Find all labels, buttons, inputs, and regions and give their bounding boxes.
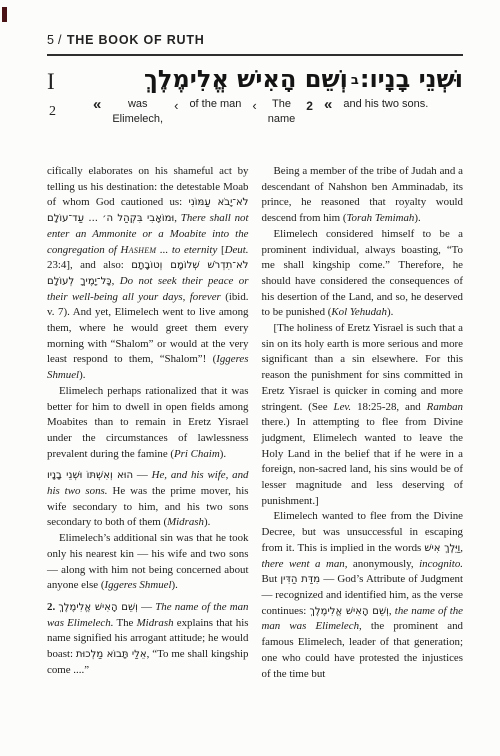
commentary-paragraph: Elimelech’s additional sin was that he t… <box>47 531 249 594</box>
commentary-column-left: cifically elaborates on his shameful act… <box>47 164 249 756</box>
text-segment: [The holiness of Eretz Yisrael is such t… <box>262 322 464 413</box>
book-page: 5 /THE BOOK OF RUTH I 2 וּשְׁנֵי בָנָיו:… <box>0 0 500 756</box>
interlinear-translation: «wasElimelech,‹of the man‹Thename2«and h… <box>91 97 463 128</box>
single-angle-mark-icon: ‹ <box>252 97 256 114</box>
interlinear-line: The <box>268 97 296 112</box>
text-segment: Kol Yehudah <box>331 306 387 318</box>
interlinear-line: 2 <box>306 98 313 115</box>
hebrew-text: אֵלַי תָּבוֹא מַלְכוּת <box>76 649 147 660</box>
text-segment: ). <box>172 579 178 591</box>
hebrew-verse: וּשְׁנֵי בָנָיו:בוְשֵׁם הָאִישׁ אֱלִימֶל… <box>91 64 463 94</box>
text-segment: , <box>112 275 120 287</box>
text-segment: Pri Chaim <box>174 448 220 460</box>
text-segment: there.) In attempting to flee from Divin… <box>262 416 464 507</box>
verse-number: 2 <box>47 104 91 120</box>
interlinear-verse-number: 2 <box>306 97 313 115</box>
commentary-section: cifically elaborates on his shameful act… <box>47 164 463 756</box>
scan-artifact <box>2 7 7 22</box>
commentary-paragraph: 2. וְשֵׁם הָאִישׁ אֱלִימֶלֶךְ — The name… <box>47 600 249 679</box>
commentary-paragraph: Elimelech considered himself to be a pro… <box>262 227 464 321</box>
header-rule <box>47 54 463 56</box>
hebrew-verse-marker: ב <box>351 73 359 88</box>
interlinear-line: and his two sons. <box>343 97 428 112</box>
hebrew-text: וַיֵּלֶךְ אִישׁ <box>424 543 460 554</box>
hebrew-verse-end: וּשְׁנֵי בָנָיו: <box>360 65 463 93</box>
text-segment: 18:25-28, and <box>351 401 427 413</box>
commentary-paragraph: Being a member of the tribe of Judah and… <box>262 164 464 227</box>
text-segment: Hashem <box>120 244 156 256</box>
verse-reference: I 2 <box>47 64 91 128</box>
text-segment: Iggeres Shmuel <box>104 579 171 591</box>
book-title: THE BOOK OF RUTH <box>67 33 205 47</box>
text-segment: Ramban <box>427 401 463 413</box>
page-number: 5 / <box>47 33 62 47</box>
text-segment: ). <box>414 212 420 224</box>
text-segment: Deut. <box>225 244 249 256</box>
text-segment: Midrash <box>137 617 174 629</box>
text-segment: Torah Temimah <box>346 212 414 224</box>
commentary-paragraph: Elimelech wanted to flee from the Divine… <box>262 509 464 682</box>
interlinear-word: of the man <box>189 97 241 112</box>
commentary-column-right: Being a member of the tribe of Judah and… <box>262 164 464 756</box>
double-angle-mark-icon: « <box>93 97 101 114</box>
text-segment: ... to eternity <box>156 244 217 256</box>
interlinear-word: and his two sons. <box>343 97 428 112</box>
hebrew-verse-start: וְשֵׁם הָאִישׁ אֱלִימֶלֶךְ <box>144 65 348 93</box>
verse-main: וּשְׁנֵי בָנָיו:בוְשֵׁם הָאִישׁ אֱלִימֶל… <box>91 64 463 128</box>
interlinear-line: was <box>112 97 163 112</box>
double-angle-mark-icon: « <box>324 97 332 114</box>
text-segment: ). <box>220 448 226 460</box>
commentary-paragraph: הוּא וְאִשְׁתּוֹ וּשְׁנֵי בָנָיו — He, a… <box>47 468 249 531</box>
page-header: 5 /THE BOOK OF RUTH <box>47 33 205 47</box>
single-angle-mark-icon: ‹ <box>174 97 178 114</box>
commentary-paragraph: [The holiness of Eretz Yisrael is such t… <box>262 321 464 509</box>
text-segment: — <box>138 601 155 613</box>
interlinear-word: wasElimelech, <box>112 97 163 128</box>
hebrew-text: וְשֵׁם הָאִישׁ אֱלִימֶלֶךְ <box>309 606 388 617</box>
text-segment: 23:4], and also: <box>47 259 131 271</box>
verse-block: I 2 וּשְׁנֵי בָנָיו:בוְשֵׁם הָאִישׁ אֱלִ… <box>47 64 463 128</box>
commentary-paragraph: cifically elaborates on his shameful act… <box>47 164 249 384</box>
text-segment: Elimelech considered himself to be a pro… <box>262 228 464 319</box>
commentary-paragraph: Elimelech perhaps rationalized that it w… <box>47 384 249 463</box>
text-segment: — <box>133 469 152 481</box>
hebrew-text: הוּא וְאִשְׁתּוֹ וּשְׁנֵי בָנָיו <box>47 470 133 481</box>
text-segment: there went a man, <box>262 558 348 570</box>
text-segment: [ <box>217 244 224 256</box>
text-segment: incognito. <box>419 558 463 570</box>
text-segment: 2. <box>47 601 58 613</box>
text-segment: But <box>262 573 281 585</box>
interlinear-line: of the man <box>189 97 241 112</box>
text-segment: Midrash <box>167 516 204 528</box>
interlinear-line: Elimelech, <box>112 112 163 127</box>
hebrew-text: מִדַּת הַדִּין <box>280 574 320 585</box>
text-segment: Lev. <box>334 401 352 413</box>
hebrew-text: וְשֵׁם הָאִישׁ אֱלִימֶלֶךְ <box>58 602 138 613</box>
text-segment: anonymously, <box>347 558 419 570</box>
text-segment: ). <box>387 306 393 318</box>
text-segment: ). <box>204 516 210 528</box>
interlinear-word: Thename <box>268 97 296 128</box>
chapter-numeral: I <box>47 70 91 93</box>
text-segment: , <box>460 542 463 554</box>
interlinear-line: name <box>268 112 296 127</box>
text-segment: The <box>113 617 136 629</box>
text-segment: ). <box>79 369 85 381</box>
